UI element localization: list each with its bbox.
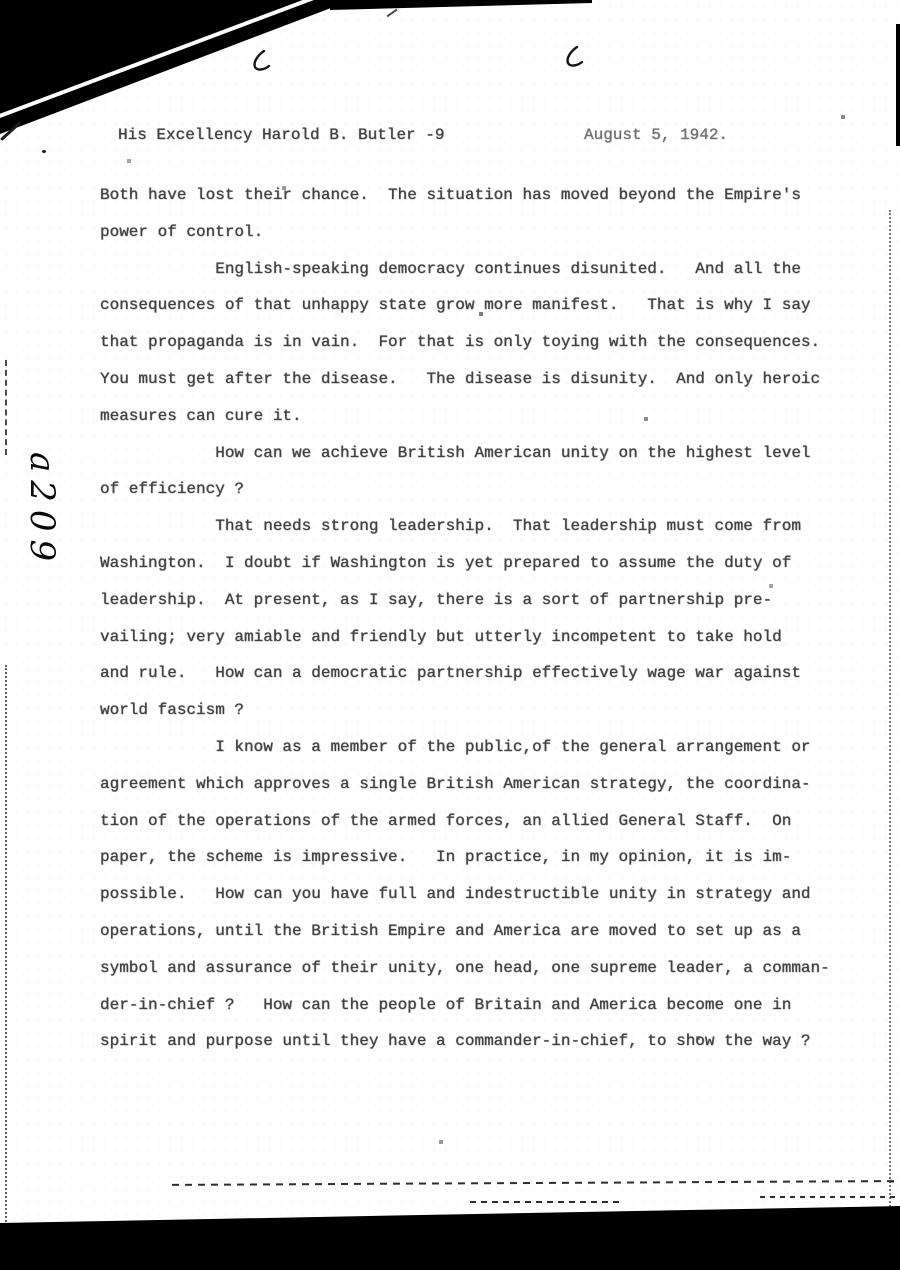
- recipient-and-page-number: His Excellency Harold B. Butler -9: [118, 126, 444, 144]
- page-header: His Excellency Harold B. Butler -9 Augus…: [0, 126, 900, 150]
- paragraph-unity-question: How can we achieve British American unit…: [100, 435, 862, 509]
- scan-bottom-dashed-segment: [470, 1201, 620, 1203]
- scan-left-dashed-line-upper: [5, 360, 7, 455]
- scan-top-edge-artifact: [330, 0, 592, 10]
- scanned-letter-page: a209 His Excellency Harold B. Butler -9 …: [0, 0, 900, 1270]
- scan-bottom-black-band: [0, 1200, 900, 1270]
- scan-bottom-dashed-line: [172, 1180, 894, 1186]
- handwritten-archive-number: a209: [22, 452, 62, 569]
- scan-specks: [0, 0, 2, 2]
- pencil-hook-icon: [562, 46, 588, 70]
- paragraph-commander-in-chief: I know as a member of the public,of the …: [100, 729, 862, 1060]
- scan-left-dotted-line-lower: [5, 665, 7, 1270]
- scan-corner-fold-artifact: [0, 0, 352, 134]
- pencil-checkmark-left: [248, 50, 274, 74]
- letter-body: Both have lost their chance. The situati…: [100, 177, 862, 1060]
- pencil-dot-mark: [42, 150, 46, 153]
- paragraph-disunity: English-speaking democracy continues dis…: [100, 251, 862, 435]
- pencil-tick-mark: [387, 9, 398, 18]
- letter-date: August 5, 1942.: [584, 126, 728, 144]
- scan-bottom-dashed-segment-right: [760, 1196, 895, 1198]
- scan-right-dotted-line: [889, 210, 891, 1210]
- pencil-checkmark-right: [562, 46, 588, 70]
- pencil-hook-icon: [248, 50, 274, 74]
- paragraph-leadership: That needs strong leadership. That leade…: [100, 508, 862, 729]
- paragraph-continuation: Both have lost their chance. The situati…: [100, 177, 862, 251]
